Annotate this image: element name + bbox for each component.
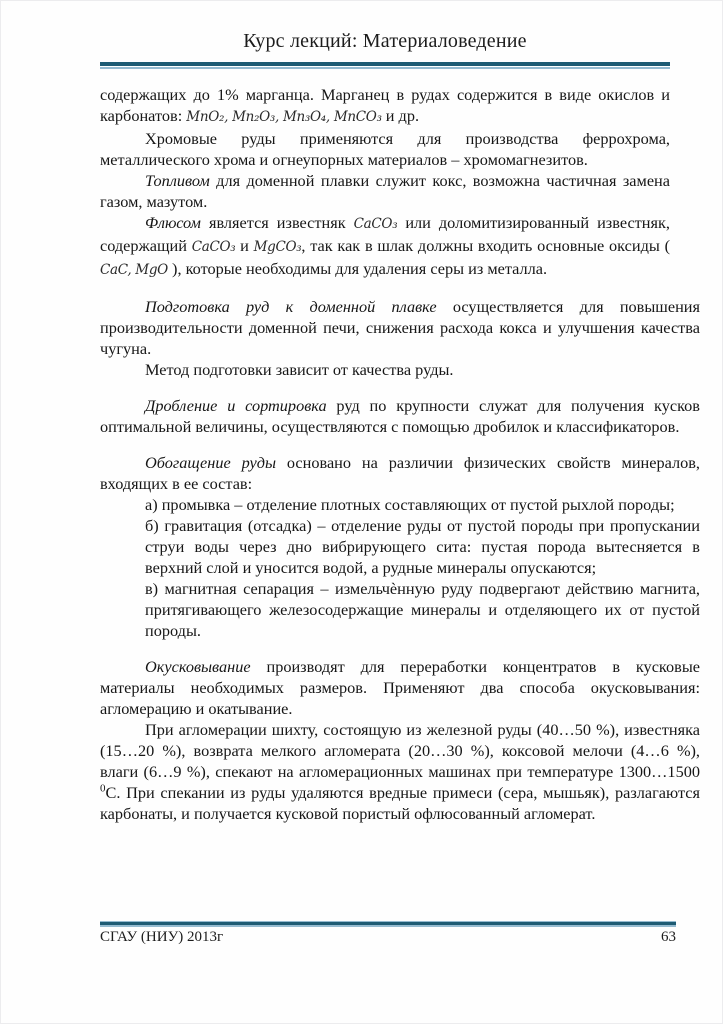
text-run: б) гравитация (отсадка) – отделение руды… (145, 516, 700, 577)
text-run: является известняк (201, 213, 354, 232)
paragraph: Дробление и сортировка руд по крупности … (100, 395, 700, 437)
text-run-formula: MgCO₃ (254, 239, 302, 255)
text-run-italic: Топливом (145, 171, 210, 190)
text-run: а) промывка – отделение плотных составля… (145, 495, 675, 514)
list-item-paragraph: б) гравитация (отсадка) – отделение руды… (145, 515, 700, 578)
text-run-italic: Окусковывание (145, 657, 251, 676)
text-run: и (235, 236, 253, 255)
document-page: Курс лекций: Материаловедение содержащих… (0, 0, 723, 1024)
text-run-italic: Флюсом (145, 213, 201, 232)
paragraph: Флюсом является известняк CaCO₃ или доло… (100, 212, 670, 281)
paragraph: содержащих до 1% марганца. Марганец в ру… (100, 84, 670, 128)
page-footer: СГАУ (НИУ) 2013г 63 (100, 929, 676, 946)
text-run: При агломерации шихту, состоящую из желе… (100, 720, 700, 781)
paragraph: Топливом для доменной плавки служит кокс… (100, 170, 670, 212)
paragraph: При агломерации шихту, состоящую из желе… (100, 719, 700, 824)
paragraph: Подготовка руд к доменной плавке осущест… (100, 296, 700, 359)
page-body: содержащих до 1% марганца. Марганец в ру… (100, 84, 670, 824)
footer-divider-rule (100, 921, 676, 927)
page-title: Курс лекций: Материаловедение (100, 30, 670, 53)
paragraph: Метод подготовки зависит от качества руд… (100, 359, 670, 380)
text-run: Метод подготовки зависит от качества руд… (145, 360, 454, 379)
list-item-paragraph: в) магнитная сепарация – измельчѐнную ру… (145, 578, 700, 641)
header-divider-rule (100, 62, 670, 69)
text-run-italic: Дробление и сортировка (145, 396, 327, 415)
paragraph: Окусковывание производят для переработки… (100, 656, 700, 719)
text-run: , так как в шлак должны входить основные… (301, 236, 670, 255)
paragraph: Обогащение руды основано на различии физ… (100, 452, 700, 494)
text-run-formula: CaCO₃ (354, 216, 398, 232)
list-item-paragraph: а) промывка – отделение плотных составля… (145, 494, 700, 515)
text-run: С. При спекании из руды удаляются вредны… (100, 783, 700, 823)
text-run-italic: Подготовка руд к доменной плавке (145, 297, 437, 316)
text-run: в) магнитная сепарация – измельчѐнную ру… (145, 579, 700, 640)
footer-institution: СГАУ (НИУ) 2013г (100, 929, 223, 946)
text-run-formula: MnO₂, Mn₂O₃, Mn₃O₄, MnCO₃ (186, 109, 381, 125)
page-number: 63 (661, 929, 676, 946)
text-run: Хромовые руды применяются для производст… (100, 129, 670, 169)
text-run: ), которые необходимы для удаления серы … (168, 259, 547, 278)
text-run: и др. (382, 106, 419, 125)
text-run-formula: CaC, MgO (100, 262, 168, 278)
text-run-italic: Обогащение руды (145, 453, 276, 472)
text-run-formula: CaCO₃ (192, 239, 236, 255)
paragraph: Хромовые руды применяются для производст… (100, 128, 670, 170)
